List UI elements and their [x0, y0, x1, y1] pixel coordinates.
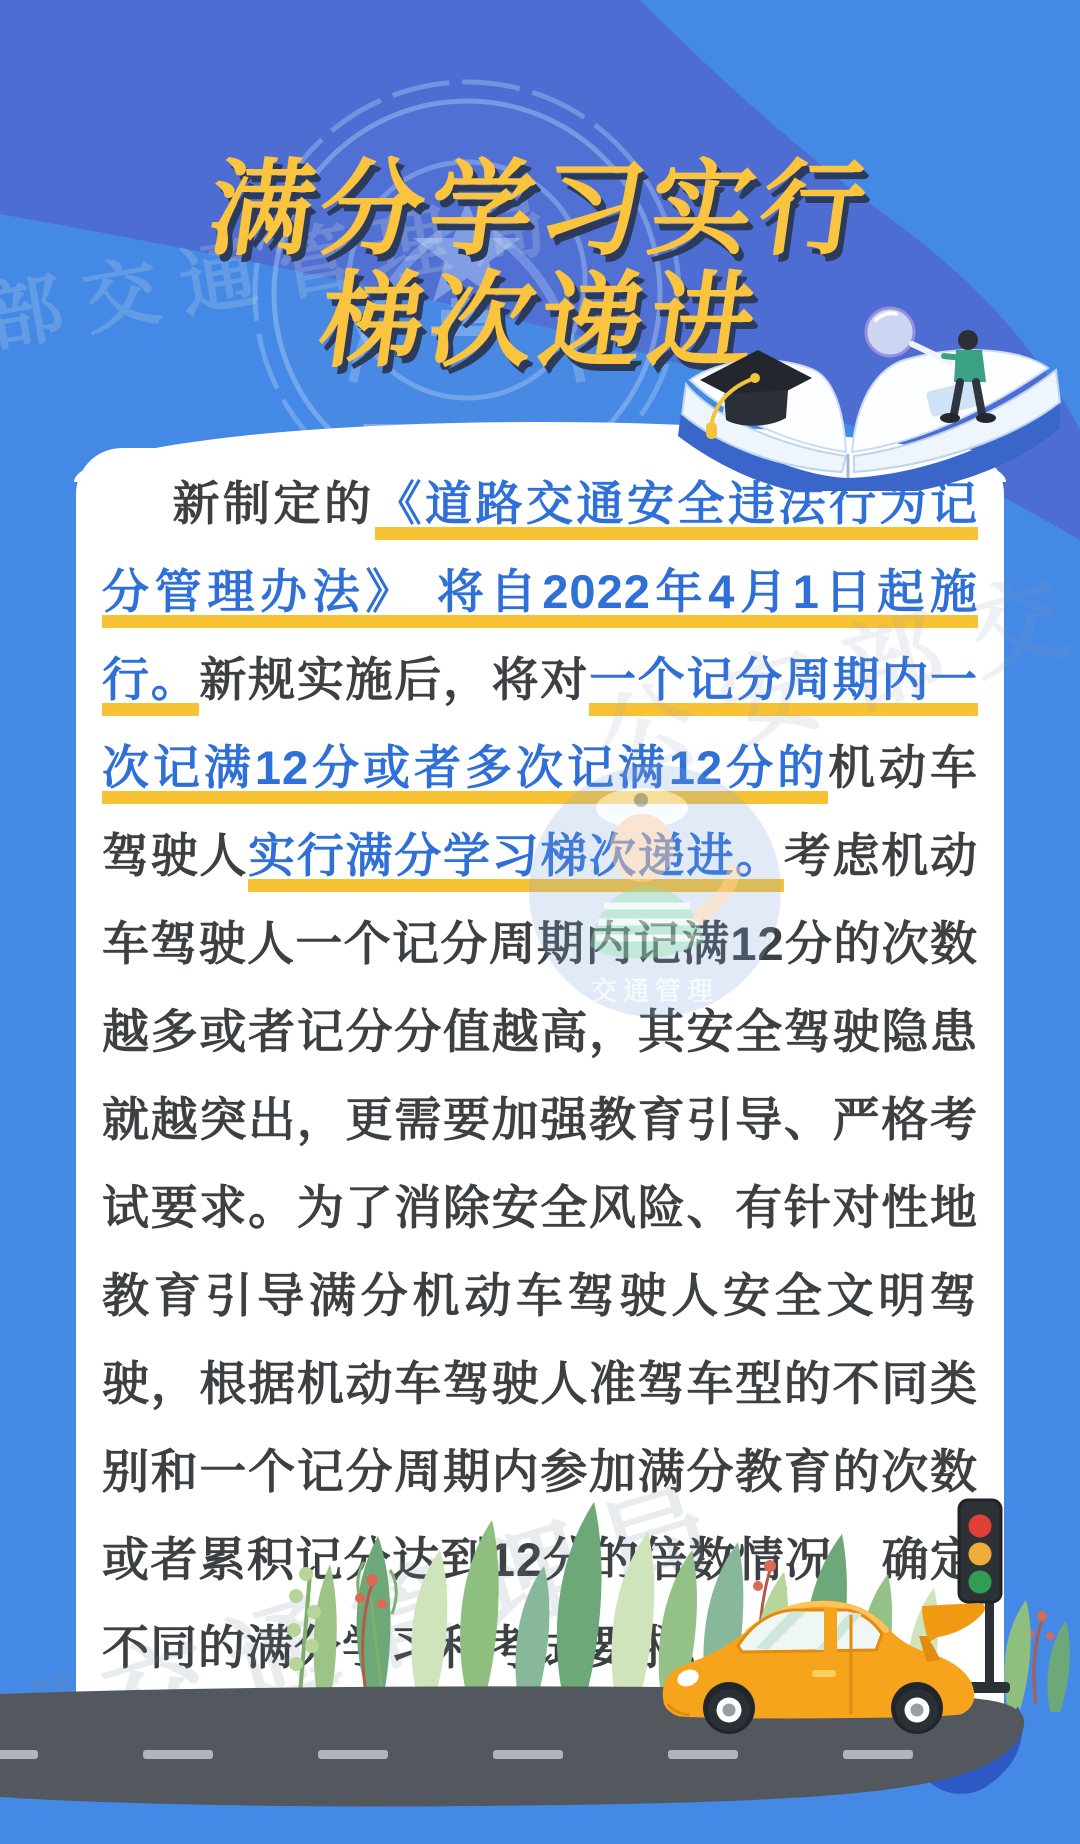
traffic-light-icon: [959, 1500, 1010, 1693]
article-segment: 新制定的: [173, 477, 375, 530]
police-mascot-icon: 交通管理: [520, 756, 790, 1026]
logo-caption: 交通管理: [591, 976, 719, 1006]
title-line-1: 满分学习实行: [0, 154, 1080, 266]
open-book-illustration: [628, 286, 1072, 491]
bottom-scene: [0, 1274, 1080, 1844]
article-segment: 新规实施后，将对: [199, 653, 589, 706]
poster-root: { "title": { "line1": "满分学习实行", "line2":…: [0, 0, 1080, 1844]
